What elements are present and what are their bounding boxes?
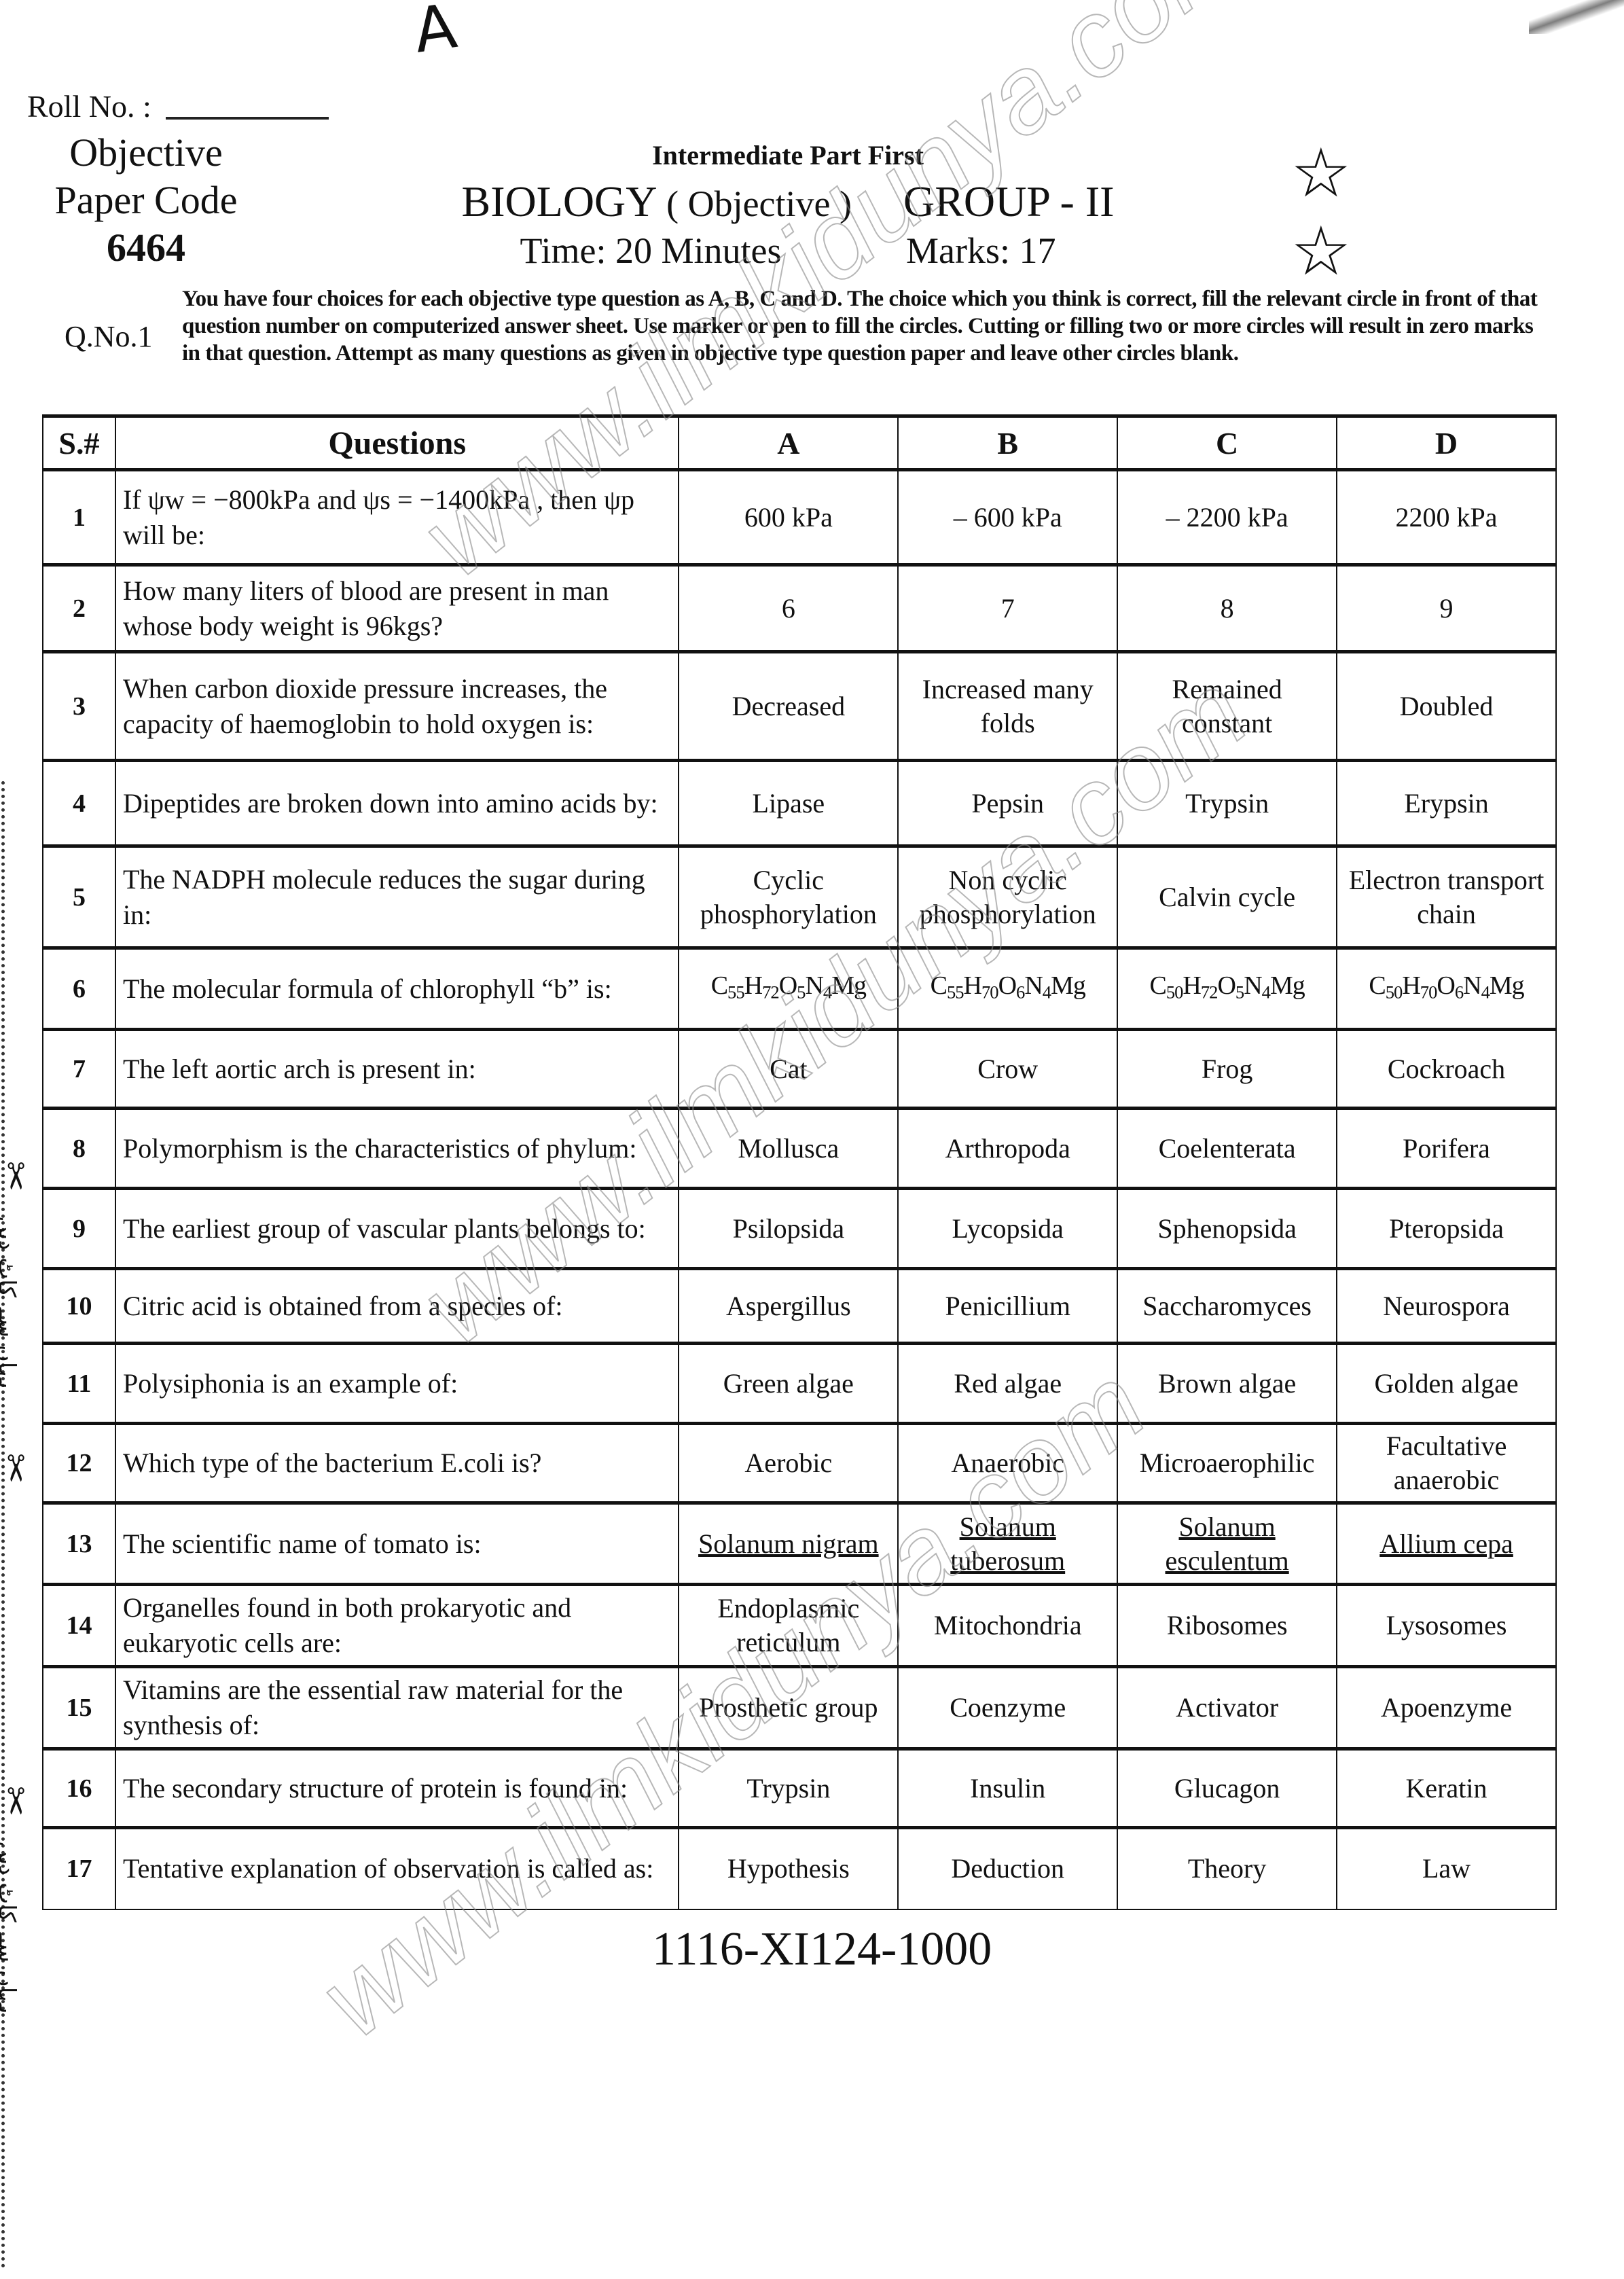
option-a: Solanum nigram [679,1503,898,1585]
question-text: Citric acid is obtained from a species o… [115,1269,679,1344]
option-b: Deduction [898,1828,1117,1909]
exam-header: Intermediate Part First BIOLOGY ( Object… [380,139,1195,272]
header-option-d: D [1337,416,1556,470]
option-d: Facultative anaerobic [1337,1424,1556,1503]
option-a: Psilopsida [679,1189,898,1269]
option-b: Insulin [898,1749,1117,1828]
star-icon: ☆ [1291,139,1352,207]
serial-number: 8 [43,1109,115,1189]
option-a: Cyclic phosphorylation [679,846,898,948]
question-text: Dipeptides are broken down into amino ac… [115,761,679,846]
option-a: 600 kPa [679,470,898,565]
group-label: GROUP - II [903,177,1115,226]
cut-here-text: یہاں سے کاٹ دیں [0,1216,20,1389]
option-d: Lysosomes [1337,1585,1556,1667]
option-d: Doubled [1337,652,1556,761]
exam-meta-row: Time: 20 Minutes Marks: 17 [380,230,1195,272]
serial-number: 13 [43,1503,115,1585]
serial-number: 5 [43,846,115,948]
paper-code: 6464 [48,224,245,272]
option-d: C50H70O6N4Mg [1337,948,1556,1030]
serial-number: 4 [43,761,115,846]
option-a: Endoplasmic reticulum [679,1585,898,1667]
question-text: Tentative explanation of observation is … [115,1828,679,1909]
option-c: Microaerophilic [1117,1424,1337,1503]
serial-number: 14 [43,1585,115,1667]
serial-number: 11 [43,1344,115,1424]
option-c: Calvin cycle [1117,846,1337,948]
option-c: Solanum esculentum [1117,1503,1337,1585]
serial-number: 6 [43,948,115,1030]
exam-level: Intermediate Part First [380,139,1195,171]
paper-footer-code: 1116-XI124-1000 [652,1922,992,1977]
option-b: Red algae [898,1344,1117,1424]
paper-code-block: Objective Paper Code 6464 [48,129,245,272]
option-b: Penicillium [898,1269,1117,1344]
question-text: If ψw = −800kPa and ψs = −1400kPa , then… [115,470,679,565]
option-a: Green algae [679,1344,898,1424]
question-number: Q.No.1 [65,319,153,354]
option-a: Aspergillus [679,1269,898,1344]
serial-number: 16 [43,1749,115,1828]
serial-number: 1 [43,470,115,565]
cut-here-text: یہاں سے کاٹ دیں [0,1841,20,2014]
option-a: Decreased [679,652,898,761]
option-b: Anaerobic [898,1424,1117,1503]
table-header-row: S.# Questions A B C D [43,416,1556,470]
option-b: Crow [898,1030,1117,1109]
scissor-icon: ✂ [0,1161,37,1191]
option-b: Solanum tuberosum [898,1503,1117,1585]
table-row: 7The left aortic arch is present in:CatC… [43,1030,1556,1109]
option-d: Golden algae [1337,1344,1556,1424]
serial-number: 9 [43,1189,115,1269]
serial-number: 15 [43,1667,115,1749]
option-c: 8 [1117,565,1337,652]
question-text: The molecular formula of chlorophyll “b”… [115,948,679,1030]
table-row: 6The molecular formula of chlorophyll “b… [43,948,1556,1030]
question-text: Vitamins are the essential raw material … [115,1667,679,1749]
star-icon: ☆ [1291,217,1352,285]
option-a: Mollusca [679,1109,898,1189]
option-d: Law [1337,1828,1556,1909]
question-text: Organelles found in both prokaryotic and… [115,1585,679,1667]
question-text: Which type of the bacterium E.coli is? [115,1424,679,1503]
option-b: Increased many folds [898,652,1117,761]
option-d: Erypsin [1337,761,1556,846]
option-a: Prosthetic group [679,1667,898,1749]
option-b: Lycopsida [898,1189,1117,1269]
exam-title-row: BIOLOGY ( Objective ) GROUP - II [380,177,1195,227]
table-row: 4Dipeptides are broken down into amino a… [43,761,1556,846]
option-d: 2200 kPa [1337,470,1556,565]
instructions-text: You have four choices for each objective… [182,285,1554,367]
option-c: Glucagon [1117,1749,1337,1828]
option-d: Keratin [1337,1749,1556,1828]
header-serial: S.# [43,416,115,470]
option-d: Porifera [1337,1109,1556,1189]
option-c: Coelenterata [1117,1109,1337,1189]
serial-number: 10 [43,1269,115,1344]
option-d: Neurospora [1337,1269,1556,1344]
serial-number: 2 [43,565,115,652]
question-text: How many liters of blood are present in … [115,565,679,652]
question-text: Polysiphonia is an example of: [115,1344,679,1424]
option-a: Hypothesis [679,1828,898,1909]
option-b: Arthropoda [898,1109,1117,1189]
objective-label: Objective [48,129,245,177]
option-c: Trypsin [1117,761,1337,846]
header-option-a: A [679,416,898,470]
roll-number-field: Roll No. : [27,88,329,124]
table-row: 11Polysiphonia is an example of:Green al… [43,1344,1556,1424]
option-a: Cat [679,1030,898,1109]
option-a: Trypsin [679,1749,898,1828]
table-row: 9The earliest group of vascular plants b… [43,1189,1556,1269]
question-text: The secondary structure of protein is fo… [115,1749,679,1828]
table-row: 1If ψw = −800kPa and ψs = −1400kPa , the… [43,470,1556,565]
option-c: C50H72O5N4Mg [1117,948,1337,1030]
roll-number-blank[interactable] [166,117,329,120]
option-a: 6 [679,565,898,652]
table-row: 12Which type of the bacterium E.coli is?… [43,1424,1556,1503]
option-c: Frog [1117,1030,1337,1109]
option-b: Coenzyme [898,1667,1117,1749]
table-row: 5The NADPH molecule reduces the sugar du… [43,846,1556,948]
option-c: Remained constant [1117,652,1337,761]
header-option-b: B [898,416,1117,470]
mcq-table: S.# Questions A B C D 1If ψw = −800kPa a… [42,414,1557,1910]
scissor-icon: ✂ [0,1453,37,1484]
option-a: C55H72O5N4Mg [679,948,898,1030]
option-c: Brown algae [1117,1344,1337,1424]
question-text: The NADPH molecule reduces the sugar dur… [115,846,679,948]
serial-number: 12 [43,1424,115,1503]
option-c: Theory [1117,1828,1337,1909]
time-allowed: Time: 20 Minutes [520,230,781,271]
option-d: Cockroach [1337,1030,1556,1109]
option-b: C55H70O6N4Mg [898,948,1117,1030]
handwritten-mark: A [410,0,461,67]
serial-number: 3 [43,652,115,761]
cut-line [1,781,32,2269]
scan-smudge [1529,0,1624,34]
serial-number: 17 [43,1828,115,1909]
table-row: 8Polymorphism is the characteristics of … [43,1109,1556,1189]
question-text: The scientific name of tomato is: [115,1503,679,1585]
option-c: – 2200 kPa [1117,470,1337,565]
question-text: Polymorphism is the characteristics of p… [115,1109,679,1189]
paper-type: ( Objective ) [666,183,852,224]
option-d: Apoenzyme [1337,1667,1556,1749]
subject-title: BIOLOGY [462,177,656,226]
option-b: Pepsin [898,761,1117,846]
option-a: Aerobic [679,1424,898,1503]
option-b: Non cyclic phosphorylation [898,846,1117,948]
roll-number-label: Roll No. : [27,89,151,124]
mcq-table-body: 1If ψw = −800kPa and ψs = −1400kPa , the… [43,470,1556,1909]
header-option-c: C [1117,416,1337,470]
table-row: 15Vitamins are the essential raw materia… [43,1667,1556,1749]
table-row: 16The secondary structure of protein is … [43,1749,1556,1828]
option-c: Sphenopsida [1117,1189,1337,1269]
table-row: 14Organelles found in both prokaryotic a… [43,1585,1556,1667]
option-c: Saccharomyces [1117,1269,1337,1344]
option-b: Mitochondria [898,1585,1117,1667]
option-a: Lipase [679,761,898,846]
table-row: 2How many liters of blood are present in… [43,565,1556,652]
question-text: When carbon dioxide pressure increases, … [115,652,679,761]
table-row: 10Citric acid is obtained from a species… [43,1269,1556,1344]
option-c: Ribosomes [1117,1585,1337,1667]
option-d: Pteropsida [1337,1189,1556,1269]
option-b: – 600 kPa [898,470,1117,565]
question-text: The earliest group of vascular plants be… [115,1189,679,1269]
total-marks: Marks: 17 [906,230,1055,271]
header-questions: Questions [115,416,679,470]
serial-number: 7 [43,1030,115,1109]
option-d: Allium cepa [1337,1503,1556,1585]
table-row: 17Tentative explanation of observation i… [43,1828,1556,1909]
table-row: 3When carbon dioxide pressure increases,… [43,652,1556,761]
option-d: 9 [1337,565,1556,652]
paper-code-label: Paper Code [48,177,245,224]
option-b: 7 [898,565,1117,652]
option-c: Activator [1117,1667,1337,1749]
question-text: The left aortic arch is present in: [115,1030,679,1109]
option-d: Electron transport chain [1337,846,1556,948]
scissor-icon: ✂ [0,1786,37,1816]
table-row: 13The scientific name of tomato is:Solan… [43,1503,1556,1585]
